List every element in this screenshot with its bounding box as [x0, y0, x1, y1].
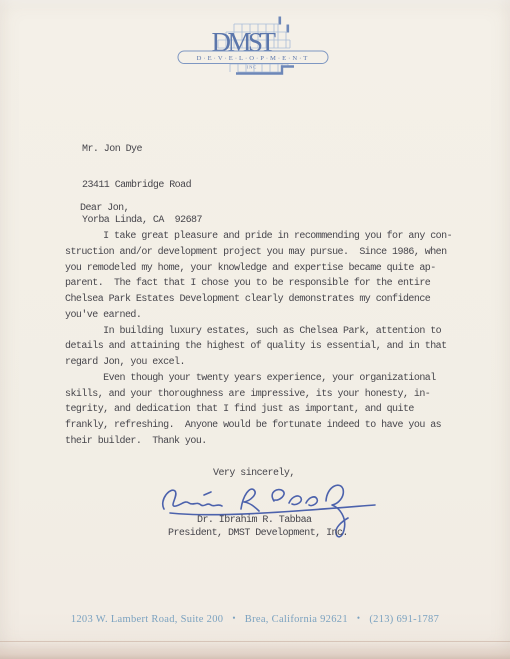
- body-line: tegrity, and dedication that I find just…: [65, 402, 452, 418]
- signer-title: President, DMST Development, Inc.: [168, 527, 348, 540]
- body-line: details and attaining the highest of qua…: [65, 339, 452, 355]
- body-line: Chelsea Park Estates Development clearly…: [65, 292, 452, 308]
- body-line: you remodeled my home, your knowledge an…: [65, 261, 452, 277]
- logo-base-bar: [236, 67, 294, 74]
- logo-banner-text: D·E·V·E·L·O·P·M·E·N·T: [197, 55, 310, 62]
- logo-inc-text: INC: [247, 65, 257, 70]
- signature-last-name-stroke: [272, 490, 317, 506]
- signature-first-name-stroke: [163, 490, 222, 509]
- scan-bottom-edge-shadow: [0, 641, 510, 659]
- body-line: their builder. Thank you.: [65, 434, 452, 450]
- footer-bullet-separator: •: [357, 613, 360, 623]
- body-line: I take great pleasure and pride in recom…: [65, 229, 452, 245]
- footer-bullet-separator: •: [232, 613, 235, 623]
- footer-city-state-zip: Brea, California 92621: [245, 614, 348, 625]
- letter-page: DMST D·E·V·E·L·O·P·M·E·N·T INC Mr. Jon D…: [0, 0, 510, 659]
- dmst-development-logo: DMST D·E·V·E·L·O·P·M·E·N·T INC: [170, 14, 340, 80]
- recipient-name: Mr. Jon Dye: [82, 143, 202, 157]
- body-line: regard Jon, you excel.: [65, 355, 452, 371]
- letterhead-footer: 1203 W. Lambert Road, Suite 200•Brea, Ca…: [0, 614, 510, 625]
- body-line: parent. The fact that I chose you to be …: [65, 276, 452, 292]
- letter-body: I take great pleasure and pride in recom…: [65, 229, 452, 450]
- salutation: Dear Jon,: [80, 201, 129, 217]
- signature-i-dash: [204, 492, 211, 495]
- body-line: In building luxury estates, such as Chel…: [65, 324, 452, 340]
- signer-name: Dr. Ibrahim R. Tabbaa: [197, 514, 311, 527]
- footer-street-address: 1203 W. Lambert Road, Suite 200: [71, 614, 224, 625]
- body-line: frankly, refreshing. Anyone would be for…: [65, 418, 452, 434]
- footer-phone-number: (213) 691-1787: [369, 614, 439, 625]
- body-line: skills, and your thoroughness are impres…: [65, 387, 452, 403]
- signature-middle-initial-stroke: [241, 489, 259, 511]
- body-line: Even though your twenty years experience…: [65, 371, 452, 387]
- body-line: struction and/or development project you…: [65, 245, 452, 261]
- logo-step-marks: [279, 17, 290, 33]
- recipient-street: 23411 Cambridge Road: [82, 179, 202, 193]
- body-line: you've earned.: [65, 308, 452, 324]
